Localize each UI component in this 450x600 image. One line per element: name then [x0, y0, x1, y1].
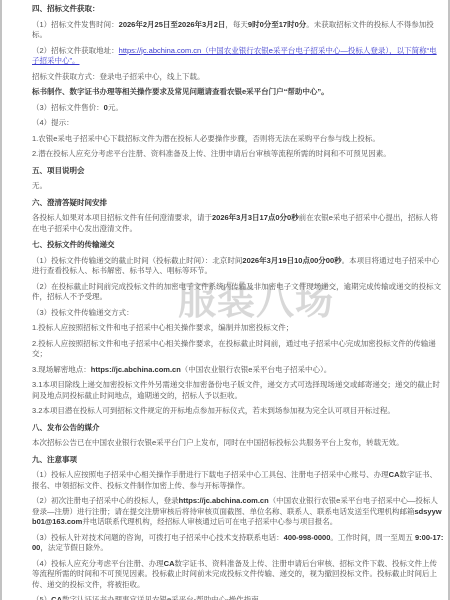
document-body: 四、招标文件获取：（1）招标文件发售时间：2026年2月25日至2026年3月2… — [32, 4, 444, 600]
bold-text: CA — [51, 595, 62, 600]
text-run: 无。 — [32, 181, 47, 190]
paragraph: 无。 — [32, 181, 444, 192]
document-page: 四、招标文件获取：（1）招标文件发售时间：2026年2月25日至2026年3月2… — [0, 0, 450, 600]
text-run: 四、招标文件获取： — [32, 4, 100, 13]
text-run: 标书制作、数字证书办理等相关操作要求及常见问题请查看农银e采平台门户“帮助中心”… — [32, 87, 329, 96]
bold-text: https://jc.abchina.com.cn — [179, 496, 269, 505]
section-heading: 四、招标文件获取： — [32, 4, 444, 15]
text-run: 招标文件获取方式：登录电子招采中心，线上下载。 — [32, 72, 205, 81]
text-run: 九、注意事项 — [32, 455, 77, 464]
text-run: ，每天 — [225, 20, 248, 29]
text-run: （3）投标文件传输递交方式： — [32, 308, 134, 317]
paragraph: 标书制作、数字证书办理等相关操作要求及常见问题请查看农银e采平台门户“帮助中心”… — [32, 87, 444, 98]
text-run: （3）投标人针对技术问题的咨询，可拨打电子招采中心技术支持联系电话： — [32, 533, 284, 542]
bold-text: 2026年3月3日17点0分0秒 — [212, 213, 299, 222]
paragraph: 2.潜在投标人应充分考虑平台注册、资料准备及上传、注册申请后台审核等流程所需的时… — [32, 149, 444, 160]
bold-text: 2026年3月19日10点00分00秒 — [242, 256, 341, 265]
section-heading: 六、澄清答疑时间安排 — [32, 198, 444, 209]
paragraph: （5）CA数字认证证书办理事宜详见农银e采平台-帮助中心-操作指南。 — [32, 595, 444, 600]
section-heading: 七、投标文件的传输递交 — [32, 240, 444, 251]
text-run: 。工作时间，周一至周五 — [330, 533, 415, 542]
text-run: 2.潜在投标人应充分考虑平台注册、资料准备及上传、注册申请后台审核等流程所需的时… — [32, 149, 391, 158]
paragraph: 本次招标公告已在中国农业银行农银e采平台门户上发布，同时在中国招标投标公共服务平… — [32, 438, 444, 449]
text-run: 本次招标公告已在中国农业银行农银e采平台门户上发布，同时在中国招标投标公共服务平… — [32, 438, 404, 447]
paragraph: （4）提示： — [32, 118, 444, 129]
paragraph: 1.投标人应按照招标文件和电子招采中心相关操作要求，编制并加密投标文件； — [32, 323, 444, 334]
paragraph: （2）招标文件获取地址：https://jc.abchina.com.cn（中国… — [32, 46, 444, 67]
paragraph: 1.农银e采电子招采中心下载招标文件为潜在投标人必要操作步骤，否则将无法在采购平… — [32, 134, 444, 145]
bold-text: CA — [389, 470, 400, 479]
text-run: 2.投标人应按照招标文件和电子招采中心相关操作要求，在投标截止时间前，通过电子招… — [32, 339, 436, 359]
text-run: 3.现场解密地点： — [32, 365, 91, 374]
text-run: （3）招标文件售价： — [32, 103, 104, 112]
paragraph: （4）投标人应充分考虑平台注册、办理CA数字证书、资料准备及上传、注册申请后台审… — [32, 559, 444, 591]
paragraph: （3）投标人针对技术问题的咨询，可拨打电子招采中心技术支持联系电话：400-99… — [32, 533, 444, 554]
paragraph: 2.投标人应按照招标文件和电子招采中心相关操作要求，在投标截止时间前，通过电子招… — [32, 339, 444, 360]
paragraph: 招标文件获取方式：登录电子招采中心，线上下载。 — [32, 72, 444, 83]
paragraph: 各投标人如果对本项目招标文件有任何澄清要求，请于2026年3月3日17点0分0秒… — [32, 213, 444, 234]
paragraph: （1）投标文件传输递交的截止时间（投标截止时间）：北京时间2026年3月19日1… — [32, 256, 444, 277]
text-run: 五、项目说明会 — [32, 166, 85, 175]
text-run: （1）投标文件传输递交的截止时间（投标截止时间）：北京时间 — [32, 256, 242, 265]
text-run: （1）招标文件发售时间： — [32, 20, 119, 29]
section-heading: 九、注意事项 — [32, 455, 444, 466]
text-run: 1.投标人应按照招标文件和电子招采中心相关操作要求，编制并加密投标文件； — [32, 323, 293, 332]
text-run: 3.1本项目除线上递交加密投标文件外另需递交非加密备份电子版文件，递交方式可选择… — [32, 380, 440, 400]
text-run: （4）提示： — [32, 118, 74, 127]
paragraph: （1）招标文件发售时间：2026年2月25日至2026年3月2日，每天9时0分至… — [32, 20, 444, 41]
bold-text: https://jc.abchina.com.cn — [91, 365, 181, 374]
text-run: （2）在投标截止时间前完成投标文件的加密电子文件系统内传输及非加密电子文件现场递… — [32, 282, 441, 302]
paragraph: （1）投标人应按照电子招采中心相关操作手册进行下载电子招采中心工具包、注册电子招… — [32, 470, 444, 491]
text-run: 七、投标文件的传输递交 — [32, 240, 115, 249]
paragraph: （2）初次注册电子招采中心的投标人，登录https://jc.abchina.c… — [32, 496, 444, 528]
text-run: 1.农银e采电子招采中心下载招标文件为潜在投标人必要操作步骤，否则将无法在采购平… — [32, 134, 380, 143]
paragraph: （3）投标文件传输递交方式： — [32, 308, 444, 319]
paragraph: 3.1本项目除线上递交加密投标文件外另需递交非加密备份电子版文件，递交方式可选择… — [32, 380, 444, 401]
text-run: （1）投标人应按照电子招采中心相关操作手册进行下载电子招采中心工具包、注册电子招… — [32, 470, 389, 479]
section-heading: 八、发布公告的媒介 — [32, 423, 444, 434]
text-run: 数字认证证书办理事宜详见农银e采平台-帮助中心-操作指南。 — [62, 595, 266, 600]
text-run: ，法定节假日除外。 — [40, 543, 108, 552]
paragraph: （2）在投标截止时间前完成投标文件的加密电子文件系统内传输及非加密电子文件现场递… — [32, 282, 444, 303]
text-run: （4）投标人应充分考虑平台注册、办理 — [32, 559, 164, 568]
section-heading: 五、项目说明会 — [32, 166, 444, 177]
text-run: （2）初次注册电子招采中心的投标人，登录 — [32, 496, 179, 505]
bold-text: 2026年2月25日至2026年3月2日 — [119, 20, 226, 29]
text-run: （中国农业银行农银e采平台电子招采中心）。 — [181, 365, 331, 374]
paragraph: （3）招标文件售价：0元。 — [32, 103, 444, 114]
text-run: 六、澄清答疑时间安排 — [32, 198, 107, 207]
paragraph: 3.2本项目潜在投标人可到招标文件规定的开标地点参加开标仪式，若未到场参加视为完… — [32, 406, 444, 417]
bold-text: 400-998-0000 — [284, 533, 331, 542]
text-run: 3.2本项目潜在投标人可到招标文件规定的开标地点参加开标仪式，若未到场参加视为完… — [32, 406, 395, 415]
bold-text: CA — [164, 559, 175, 568]
paragraph: 3.现场解密地点：https://jc.abchina.com.cn（中国农业银… — [32, 365, 444, 376]
text-run: 元。 — [108, 103, 123, 112]
text-run: （2）招标文件获取地址： — [32, 46, 119, 55]
text-run: 并电话联系代理机构，经招标人审核通过后可在电子招采中心参与项目报名。 — [82, 517, 337, 526]
text-run: （5） — [32, 595, 51, 600]
bold-text: 9时0分至17时0分 — [248, 20, 306, 29]
text-run: 各投标人如果对本项目招标文件有任何澄清要求，请于 — [32, 213, 212, 222]
text-run: 八、发布公告的媒介 — [32, 423, 100, 432]
